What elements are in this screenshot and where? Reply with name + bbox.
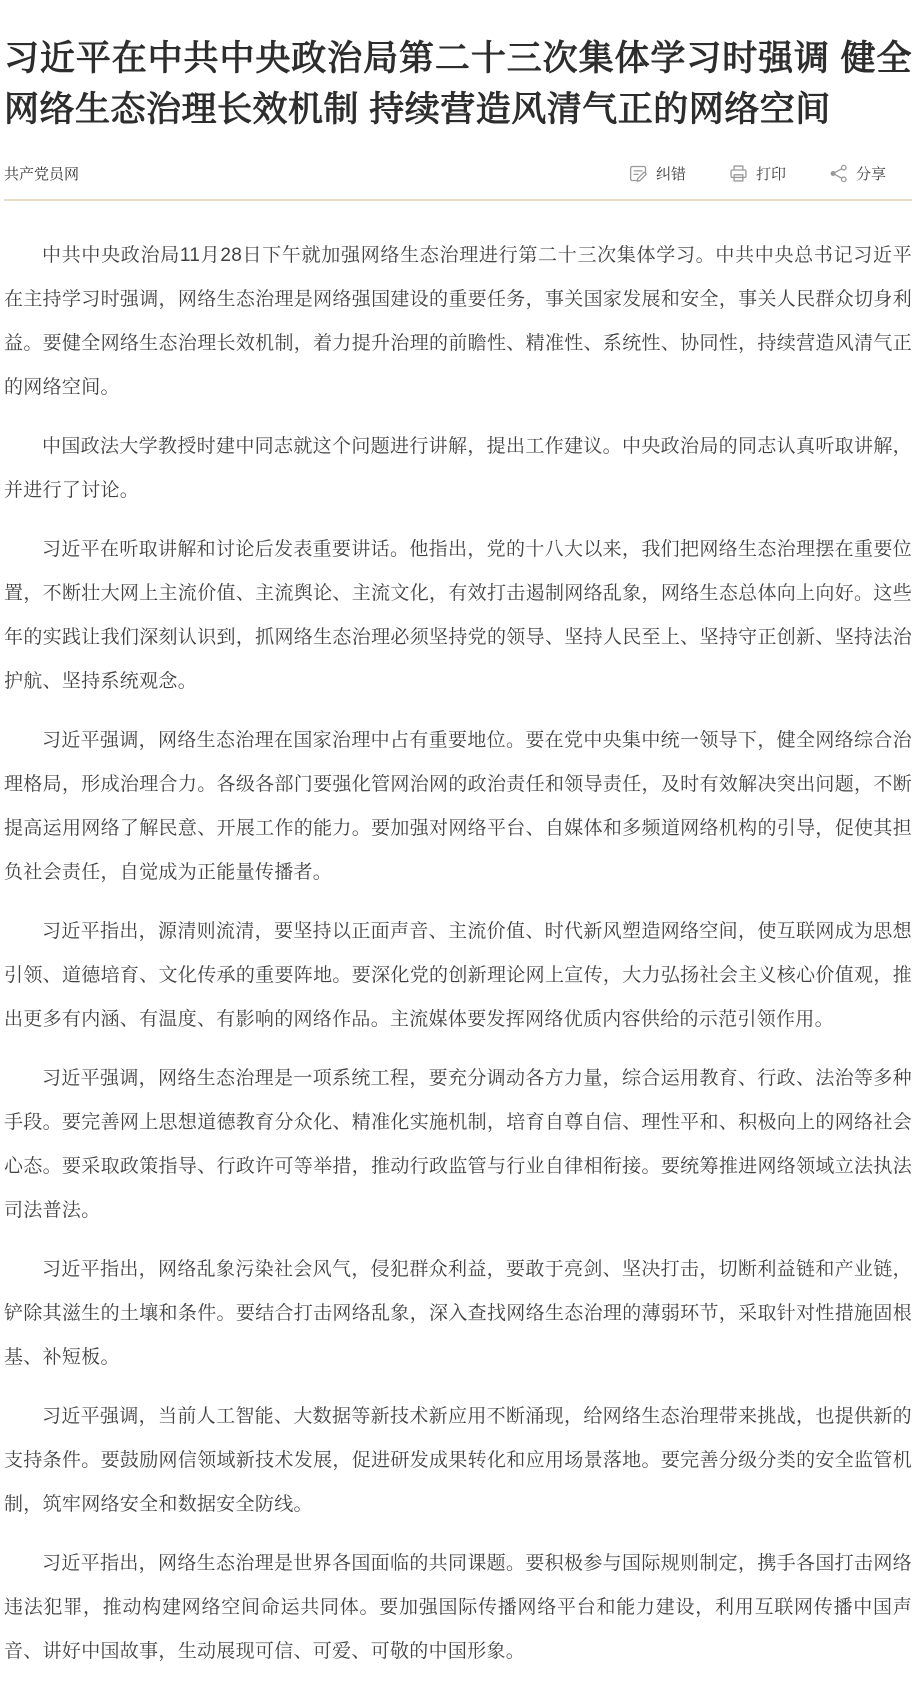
source-label: 共产党员网: [4, 163, 79, 184]
article-paragraph: 中国政法大学教授时建中同志就这个问题进行讲解，提出工作建议。中央政治局的同志认真…: [4, 425, 912, 513]
edit-note-icon: [628, 163, 649, 184]
article-paragraph: 习近平强调，网络生态治理是一项系统工程，要充分调动各方力量，综合运用教育、行政、…: [4, 1057, 912, 1233]
share-label: 分享: [856, 163, 886, 184]
print-label: 打印: [756, 163, 786, 184]
article-paragraph: 习近平指出，网络生态治理是世界各国面临的共同课题。要积极参与国际规则制定，携手各…: [4, 1542, 912, 1674]
correction-label: 纠错: [656, 163, 686, 184]
article-paragraph: 习近平在听取讲解和讨论后发表重要讲话。他指出，党的十八大以来，我们把网络生态治理…: [4, 528, 912, 704]
article-paragraph: 习近平强调，当前人工智能、大数据等新技术新应用不断涌现，给网络生态治理带来挑战，…: [4, 1395, 912, 1527]
article-paragraph: 习近平指出，网络乱象污染社会风气，侵犯群众利益，要敢于亮剑、坚决打击，切断利益链…: [4, 1248, 912, 1380]
share-nodes-icon: [828, 163, 849, 184]
article-paragraph: 习近平强调，网络生态治理在国家治理中占有重要地位。要在党中央集中统一领导下，健全…: [4, 719, 912, 895]
article-body: 中共中央政治局11月28日下午就加强网络生态治理进行第二十三次集体学习。中共中央…: [4, 201, 912, 1674]
printer-icon: [728, 163, 749, 184]
meta-row: 共产党员网 纠错: [4, 163, 912, 184]
share-button[interactable]: 分享: [828, 163, 886, 184]
page-title: 习近平在中共中央政治局第二十三次集体学习时强调 健全网络生态治理长效机制 持续营…: [4, 0, 912, 135]
correction-button[interactable]: 纠错: [628, 163, 686, 184]
article-page: 习近平在中共中央政治局第二十三次集体学习时强调 健全网络生态治理长效机制 持续营…: [0, 0, 916, 1674]
article-paragraph: 中共中央政治局11月28日下午就加强网络生态治理进行第二十三次集体学习。中共中央…: [4, 234, 912, 410]
toolbar: 纠错 打印: [628, 163, 912, 184]
print-button[interactable]: 打印: [728, 163, 786, 184]
article-paragraph: 习近平指出，源清则流清，要坚持以正面声音、主流价值、时代新风塑造网络空间，使互联…: [4, 910, 912, 1042]
